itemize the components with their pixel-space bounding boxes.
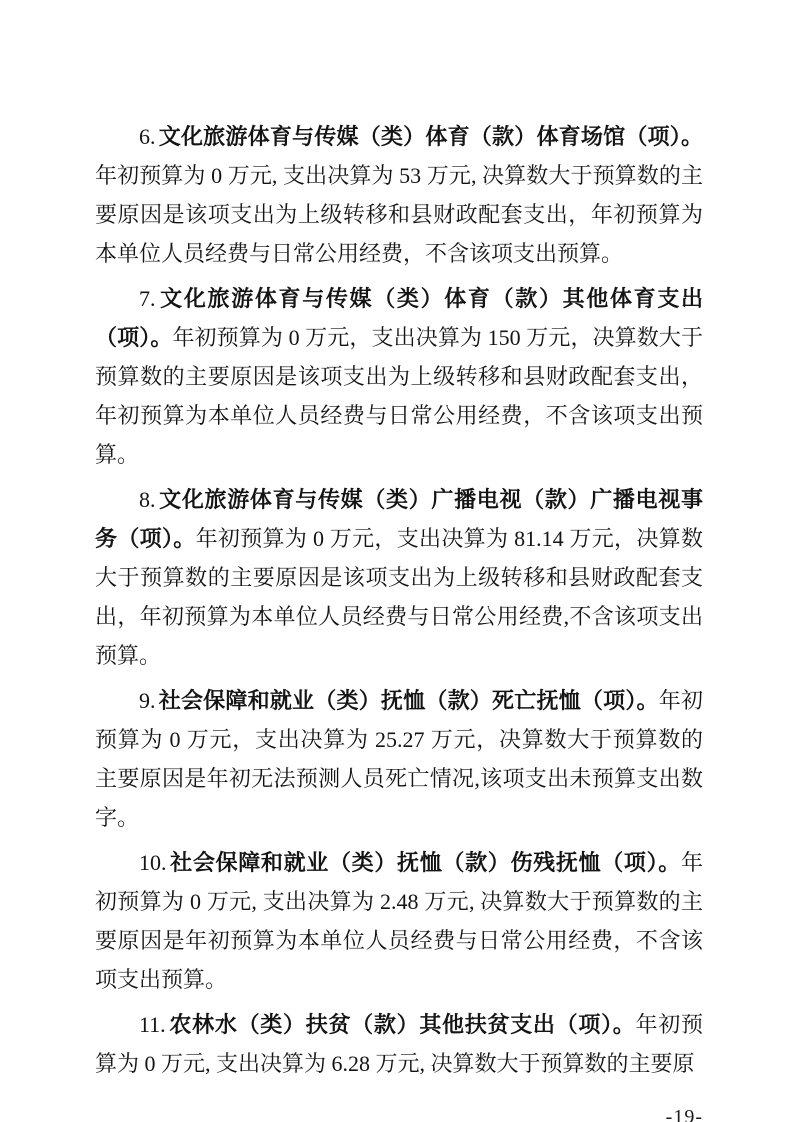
item-number: 7. — [139, 286, 156, 311]
budget-item-paragraph: 10.社会保障和就业（类）抚恤（款）伤残抚恤（项）。年初预算为 0 万元, 支出… — [95, 843, 703, 999]
budget-item-paragraph: 8.文化旅游体育与传媒（类）广播电视（款）广播电视事务（项）。年初预算为 0 万… — [95, 480, 703, 675]
item-title: 社会保障和就业（类）抚恤（款）伤残抚恤（项）。 — [170, 850, 681, 875]
budget-item-paragraph: 6.文化旅游体育与传媒（类）体育（款）体育场馆（项）。年初预算为 0 万元, 支… — [95, 117, 703, 273]
budget-item-paragraph: 7.文化旅游体育与传媒（类）体育（款）其他体育支出（项）。年初预算为 0 万元，… — [95, 279, 703, 474]
item-body: 年初预算为 0 万元，支出决算为 150 万元，决算数大于预算数的主要原因是该项… — [95, 325, 703, 467]
item-body: 年初预算为 0 万元, 支出决算为 53 万元, 决算数大于预算数的主要原因是该… — [95, 163, 703, 266]
item-title: 社会保障和就业（类）抚恤（款）死亡抚恤（项）。 — [159, 688, 659, 713]
item-title: 文化旅游体育与传媒（类）体育（款）体育场馆（项）。 — [159, 124, 704, 149]
budget-item-paragraph: 11.农林水（类）扶贫（款）其他扶贫支出（项）。年初预算为 0 万元, 支出决算… — [95, 1005, 703, 1083]
document-page: 6.文化旅游体育与传媒（类）体育（款）体育场馆（项）。年初预算为 0 万元, 支… — [0, 0, 793, 1122]
budget-item-paragraph: 9.社会保障和就业（类）抚恤（款）死亡抚恤（项）。年初预算为 0 万元，支出决算… — [95, 681, 703, 837]
item-number: 11. — [139, 1012, 166, 1037]
page-number: -19- — [95, 1105, 703, 1122]
document-content: 6.文化旅游体育与传媒（类）体育（款）体育场馆（项）。年初预算为 0 万元, 支… — [0, 0, 793, 1122]
item-number: 9. — [139, 688, 156, 713]
item-number: 10. — [139, 850, 167, 875]
item-number: 8. — [139, 487, 156, 512]
item-number: 6. — [139, 124, 156, 149]
item-title: 农林水（类）扶贫（款）其他扶贫支出（项）。 — [169, 1012, 636, 1037]
